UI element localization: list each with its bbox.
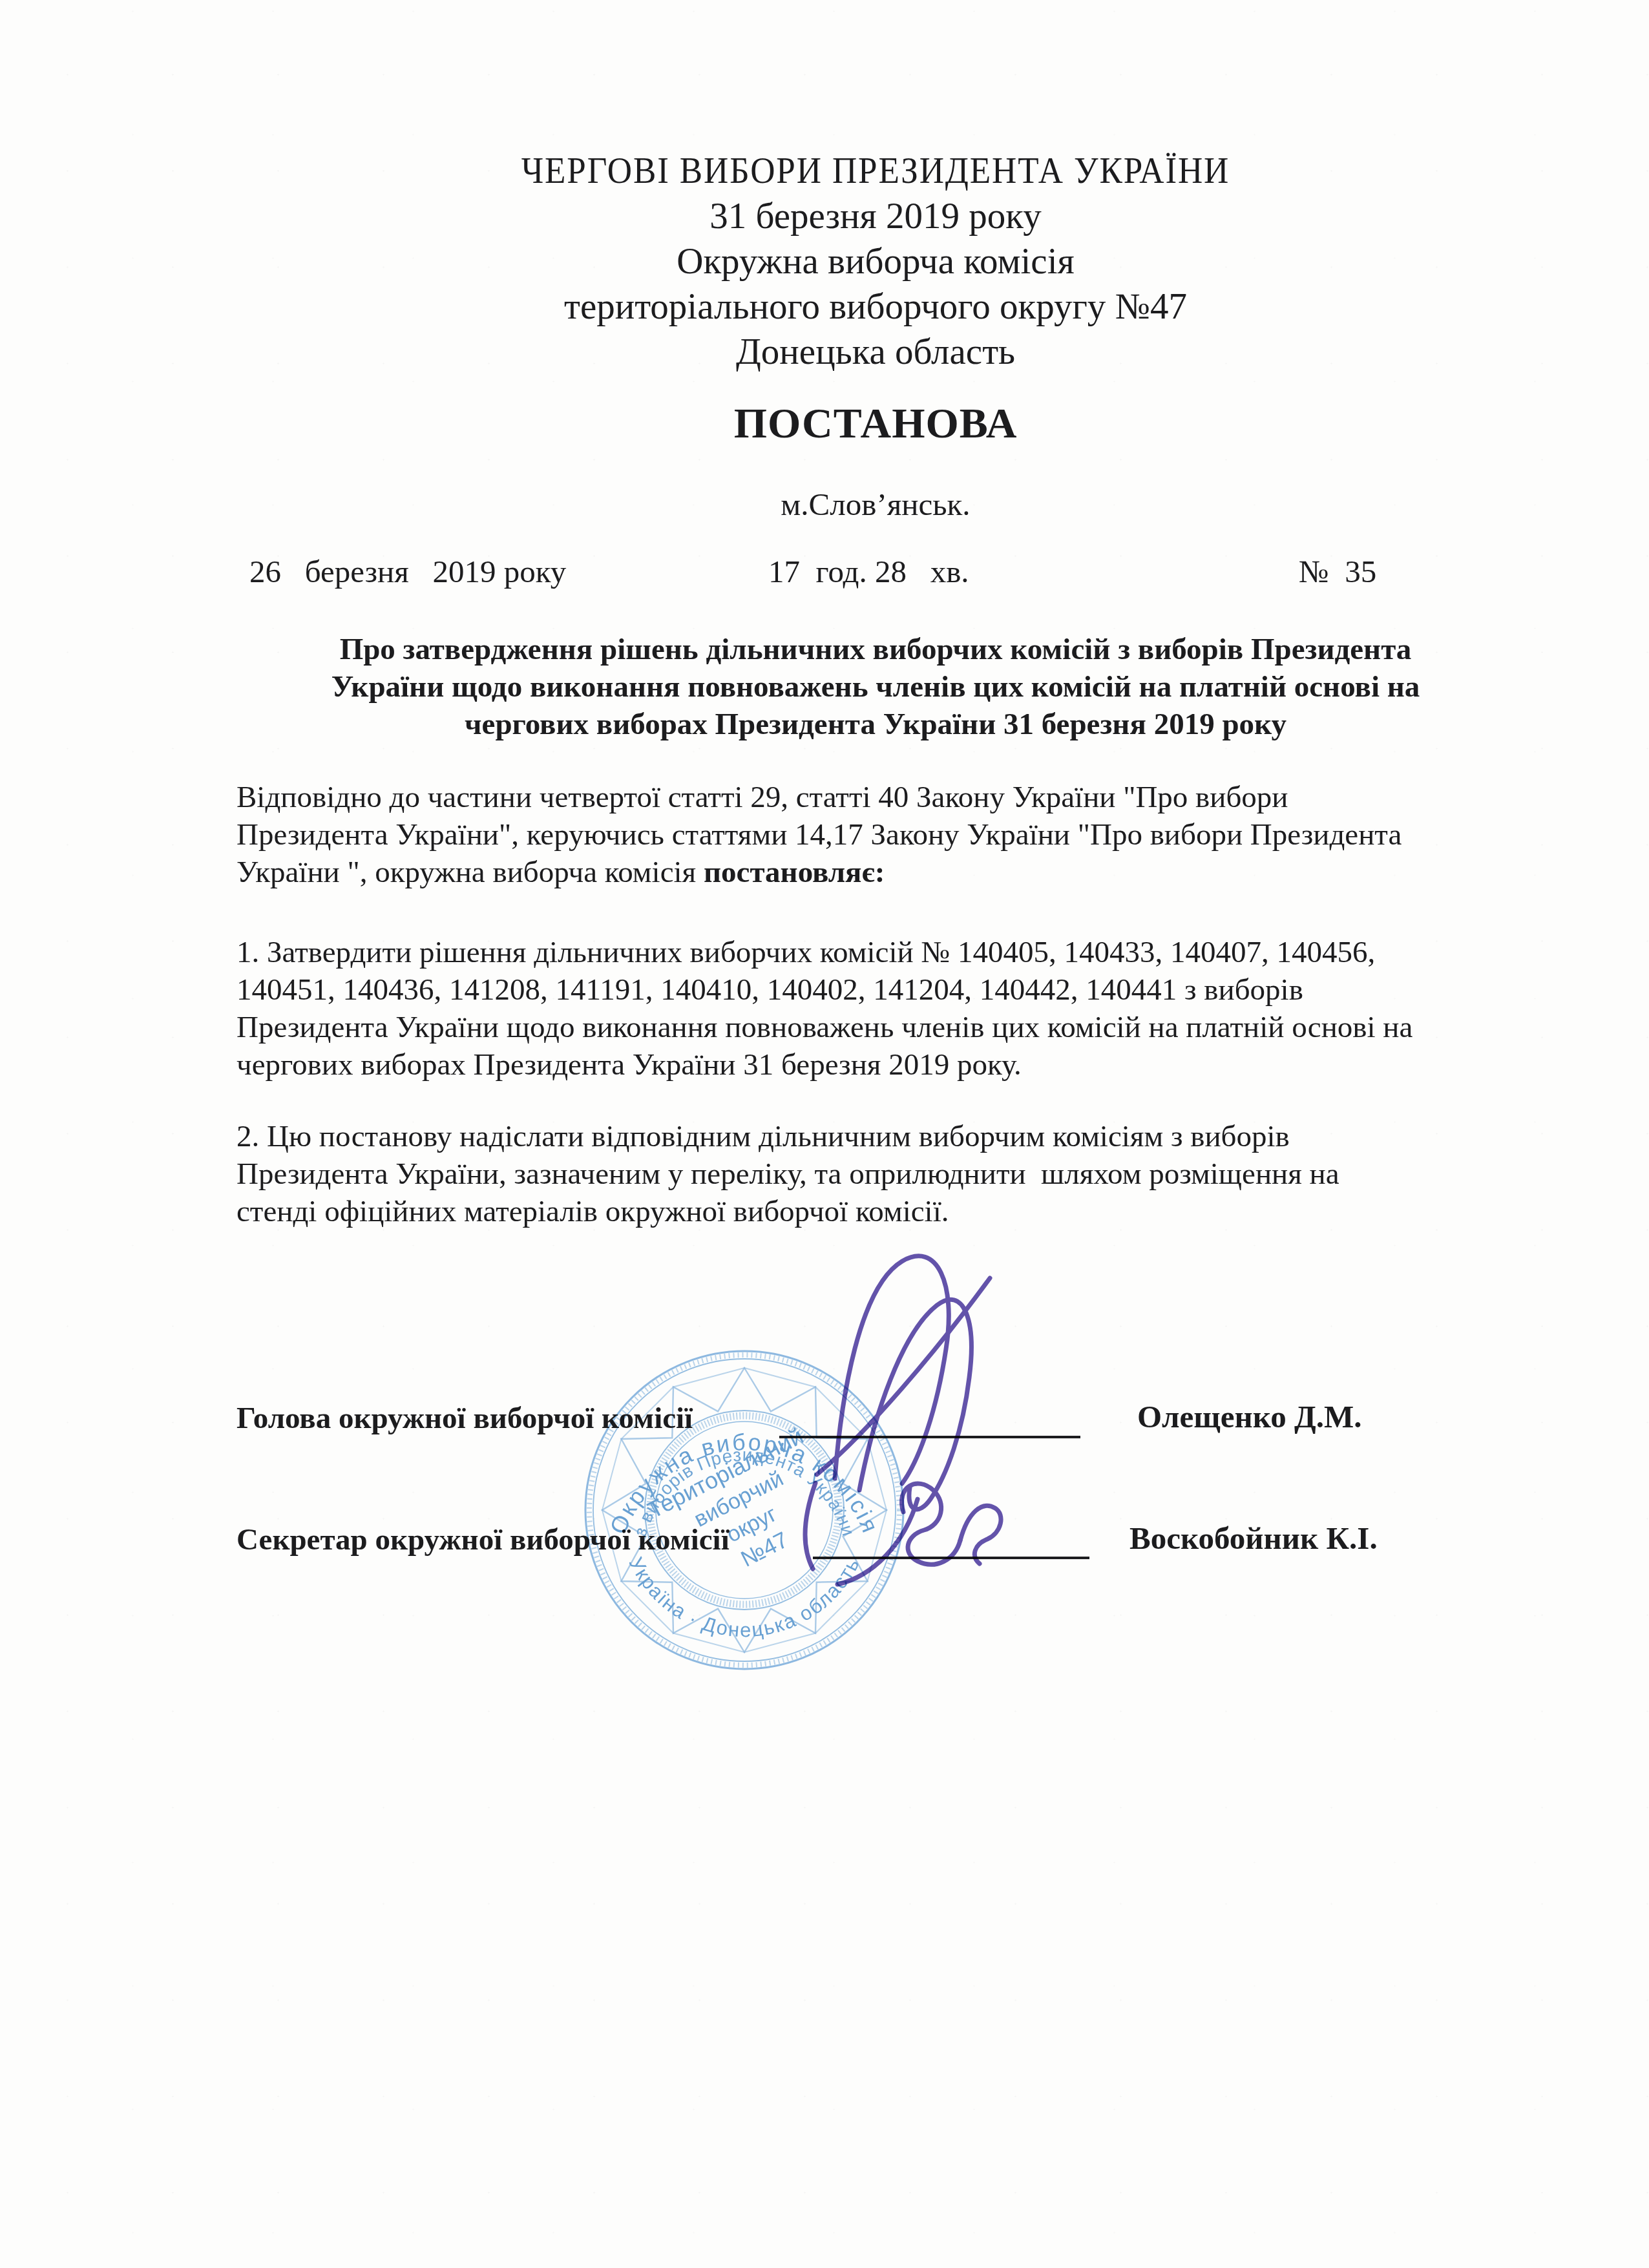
resolves-word: постановляє:: [704, 856, 885, 889]
item1-line: 1. Затвердити рішення дільничних виборчи…: [236, 934, 1535, 971]
letterhead-line-district: територіального виборчого округу №47: [236, 284, 1515, 330]
letterhead-line-election: ЧЕРГОВІ ВИБОРИ ПРЕЗИДЕНТА УКРАЇНИ: [281, 149, 1470, 194]
document-page: ЧЕРГОВІ ВИБОРИ ПРЕЗИДЕНТА УКРАЇНИ 31 бер…: [0, 0, 1649, 2268]
subject-line: чергових виборах Президента України 31 б…: [236, 706, 1515, 743]
item1-line: Президента України щодо виконання повнов…: [236, 1009, 1535, 1046]
subject-heading: Про затвердження рішень дільничних вибор…: [236, 631, 1515, 743]
item2-line: Президента України, зазначеним у перелік…: [236, 1155, 1535, 1193]
place-line: м.Слов’янськ.: [236, 486, 1515, 523]
signer-name-head: Олещенко Д.М.: [1137, 1398, 1362, 1435]
item2-line: 2. Цю постанову надіслати відповідним ді…: [236, 1118, 1535, 1155]
letterhead-line-date: 31 березня 2019 року: [236, 194, 1515, 239]
meta-time: 17 год. 28 хв.: [768, 553, 969, 590]
meta-number: № 35: [1299, 553, 1376, 590]
subject-line: Про затвердження рішень дільничних вибор…: [236, 631, 1515, 668]
preamble-line: України ", окружна виборча комісія поста…: [236, 854, 1535, 891]
signature-stroke: [835, 1256, 949, 1484]
meta-date: 26 березня 2019 року: [249, 553, 566, 590]
letterhead-line-commission: Окружна виборча комісія: [236, 239, 1515, 284]
ink-signatures: [737, 1244, 1047, 1606]
signature-stroke: [859, 1299, 971, 1509]
meta-row: 26 березня 2019 року 17 год. 28 хв. № 35: [0, 553, 1649, 592]
resolution-item-1: 1. Затвердити рішення дільничних виборчи…: [236, 934, 1535, 1084]
letterhead: ЧЕРГОВІ ВИБОРИ ПРЕЗИДЕНТА УКРАЇНИ 31 бер…: [236, 149, 1515, 375]
preamble-tail: України ", окружна виборча комісія: [236, 856, 704, 889]
signer-name-secretary: Воскобойник К.І.: [1129, 1520, 1378, 1557]
document-title: ПОСТАНОВА: [236, 399, 1515, 448]
preamble-line: Відповідно до частини четвертої статті 2…: [236, 779, 1535, 816]
preamble-paragraph: Відповідно до частини четвертої статті 2…: [236, 779, 1535, 891]
subject-line: України щодо виконання повноважень члені…: [236, 668, 1515, 706]
resolution-item-2: 2. Цю постанову надіслати відповідним ді…: [236, 1118, 1535, 1230]
item1-line: 140451, 140436, 141208, 141191, 140410, …: [236, 971, 1535, 1009]
signature-stroke: [960, 1506, 1001, 1564]
preamble-line: Президента України", керуючись статтями …: [236, 816, 1535, 854]
letterhead-line-region: Донецька область: [236, 330, 1515, 375]
item1-line: чергових виборах Президента України 31 б…: [236, 1046, 1535, 1084]
signature-secretary-ink: [805, 1483, 1001, 1569]
signature-stroke: [805, 1483, 815, 1569]
item2-line: стенді офіційних матеріалів окружної виб…: [236, 1193, 1535, 1230]
